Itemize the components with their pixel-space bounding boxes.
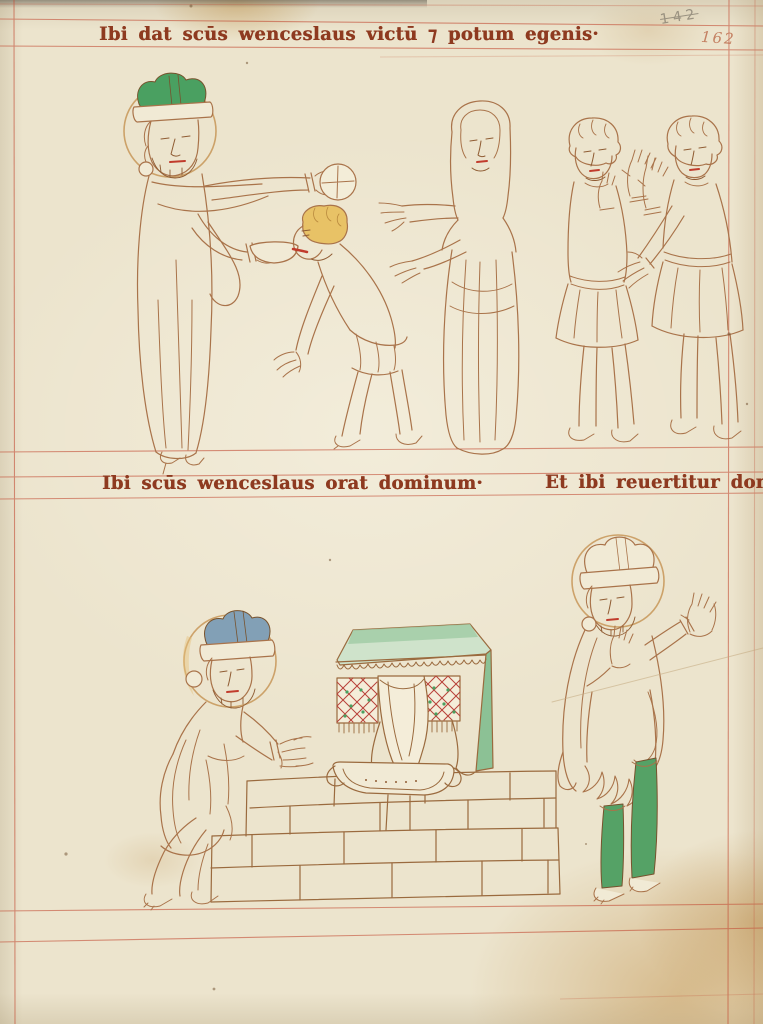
veil xyxy=(451,101,511,220)
figure-st-wenceslaus-standing xyxy=(552,535,763,904)
face xyxy=(148,120,199,176)
folio-number: 162 xyxy=(700,28,736,48)
figure-youth-right xyxy=(618,116,743,439)
scratch-line xyxy=(552,648,763,702)
yellow-hair xyxy=(303,205,348,244)
manuscript-illustrations xyxy=(0,0,763,1024)
altar-pedestal xyxy=(386,795,410,830)
face xyxy=(210,657,252,702)
altar-basin xyxy=(333,762,454,795)
scene-praying-and-returning xyxy=(144,535,763,910)
figure-beggar-drinking xyxy=(274,205,422,449)
figure-veiled-woman xyxy=(379,101,519,454)
curly-hair xyxy=(569,118,620,165)
green-hose-left xyxy=(601,804,624,888)
scene-feeding-the-poor xyxy=(124,73,743,474)
altar-canopy xyxy=(327,624,493,830)
face xyxy=(590,585,632,630)
figure-youth-left xyxy=(556,118,656,442)
caption-top-register: Ibi dat scūs wenceslaus victū ⁊ potum eg… xyxy=(99,25,599,46)
canopy-right-side xyxy=(476,650,493,771)
manuscript-page: Ibi dat scūs wenceslaus victū ⁊ potum eg… xyxy=(0,0,763,1024)
green-hose-right xyxy=(631,758,657,878)
caption-bottom-register-left: Ibi scūs wenceslaus orat dominum· xyxy=(102,474,483,495)
caption-bottom-register-right: Et ibi reuertitur domum· xyxy=(545,473,763,494)
